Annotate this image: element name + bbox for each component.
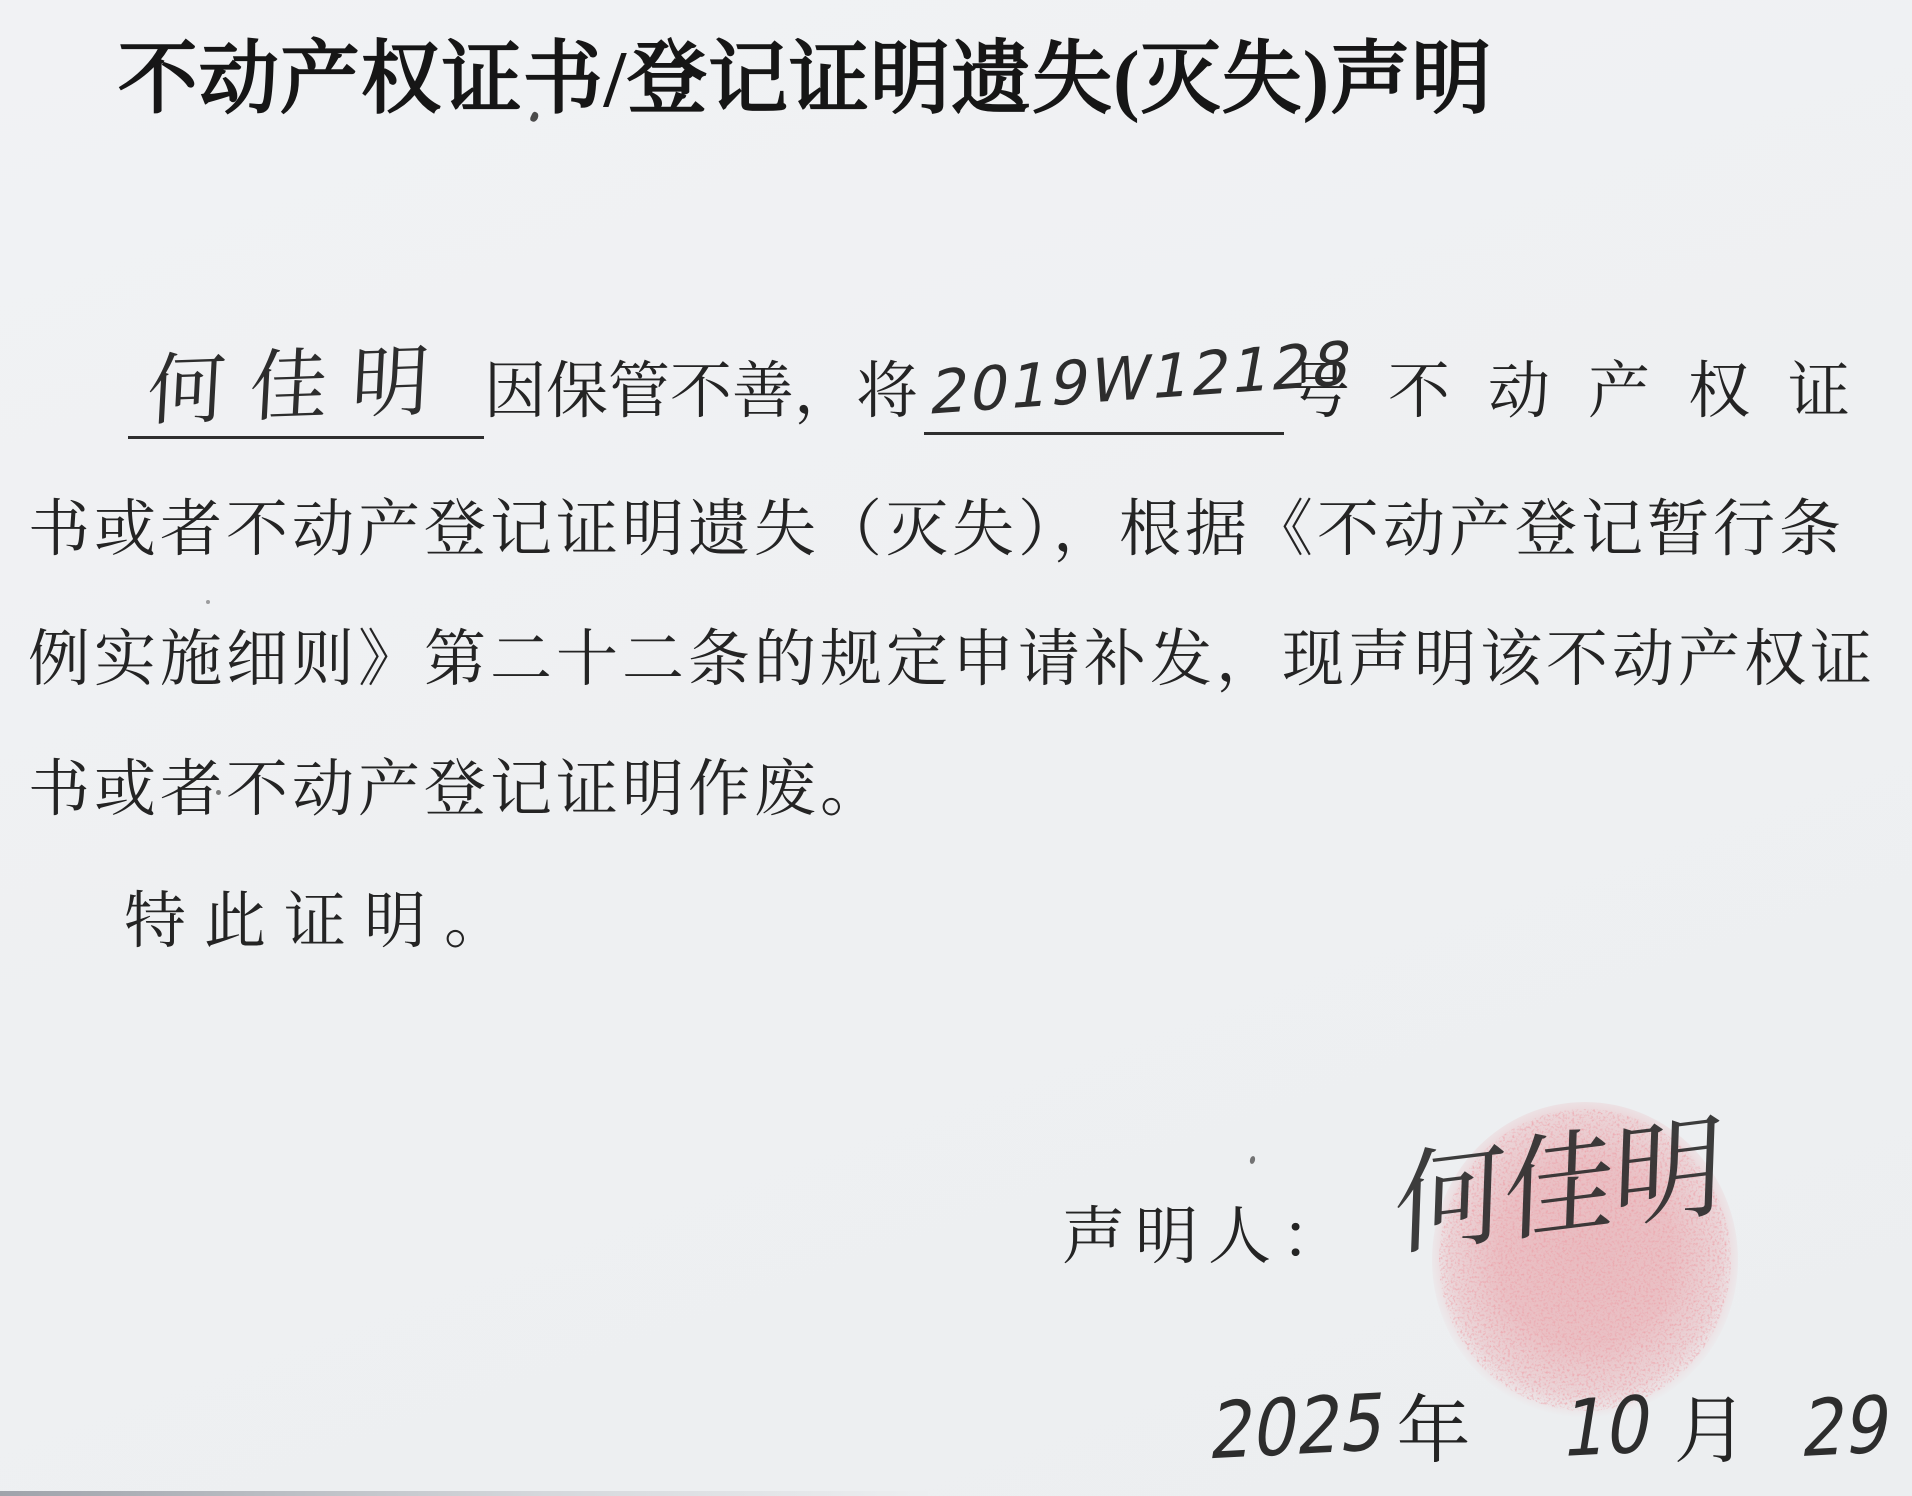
declarant-label: 声明人： — [1062, 1186, 1354, 1277]
body-line-1: 何佳明 因保管不善，将 2019W12128 号不动产权证 — [28, 338, 1888, 439]
body-line-2: 书或者不动产登记证明遗失（灭失），根据《不动产登记暂行条 — [28, 492, 1888, 570]
body-text-after-name: 因保管不善，将 — [484, 354, 918, 432]
date-month-handwritten: 10 — [1557, 1380, 1659, 1475]
date-line: 2025 年 10 月 29 日 — [1192, 1372, 1912, 1478]
date-year-handwritten: 2025 — [1204, 1378, 1393, 1478]
ink-speck — [216, 790, 221, 795]
certificate-number-field: 2019W12128 — [924, 354, 1284, 435]
document-title: 不动产权证书/登记证明遗失(灭失)声明 — [0, 14, 1610, 129]
declaration-document: 不动产权证书/登记证明遗失(灭失)声明 何佳明 因保管不善，将 2019W121… — [0, 0, 1912, 1496]
date-month-label: 月 — [1674, 1372, 1748, 1478]
body-line-1-tail: 号不动产权证 — [1288, 354, 1888, 432]
closing-statement: 特此证明。 — [124, 884, 1912, 962]
declarant-name-handwritten: 何佳明 — [145, 333, 456, 441]
date-year-label: 年 — [1397, 1372, 1471, 1478]
ink-speck — [1249, 1155, 1256, 1164]
ink-speck — [206, 600, 210, 604]
date-day-handwritten: 29 — [1796, 1380, 1898, 1475]
scanner-edge-shadow — [0, 1491, 980, 1496]
body-line-4: 书或者不动产登记证明作废。 — [28, 752, 1888, 830]
body-line-3: 例实施细则》第二十二条的规定申请补发，现声明该不动产权证 — [28, 622, 1888, 700]
declarant-name-field: 何佳明 — [128, 338, 484, 439]
